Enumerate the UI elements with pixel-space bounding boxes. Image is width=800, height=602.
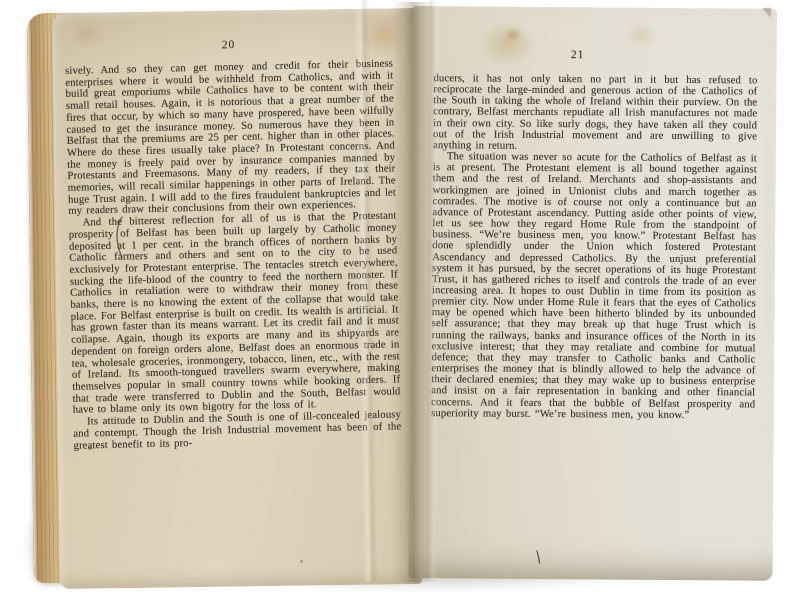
page-20-text: 20 sively. And so they can get money and… [64, 35, 401, 452]
paragraph: And the bitterest reflection for all of … [68, 211, 400, 417]
paragraph: ducers, it has not only taken no part in… [433, 73, 758, 153]
page-number-21: 21 [416, 48, 740, 62]
page-corner-fold [762, 8, 771, 18]
page-21: 21 ducers, it has not only taken no part… [409, 6, 777, 581]
page-20: 20 sively. And so they can get money and… [52, 8, 422, 589]
paragraph: sively. And so they can get money and cr… [65, 58, 396, 218]
page-21-paragraphs: ducers, it has not only taken no part in… [431, 73, 757, 421]
paragraph: Its attitude to Dublin and the South is … [73, 409, 402, 452]
page-21-text: 21 ducers, it has not only taken no part… [431, 48, 758, 421]
paragraph: The situation was never so acute for the… [431, 151, 757, 421]
book-photo: 20 sively. And so they can get money and… [0, 0, 800, 602]
page-20-paragraphs: sively. And so they can get money and cr… [65, 58, 402, 452]
page-number-20: 20 [64, 35, 392, 54]
